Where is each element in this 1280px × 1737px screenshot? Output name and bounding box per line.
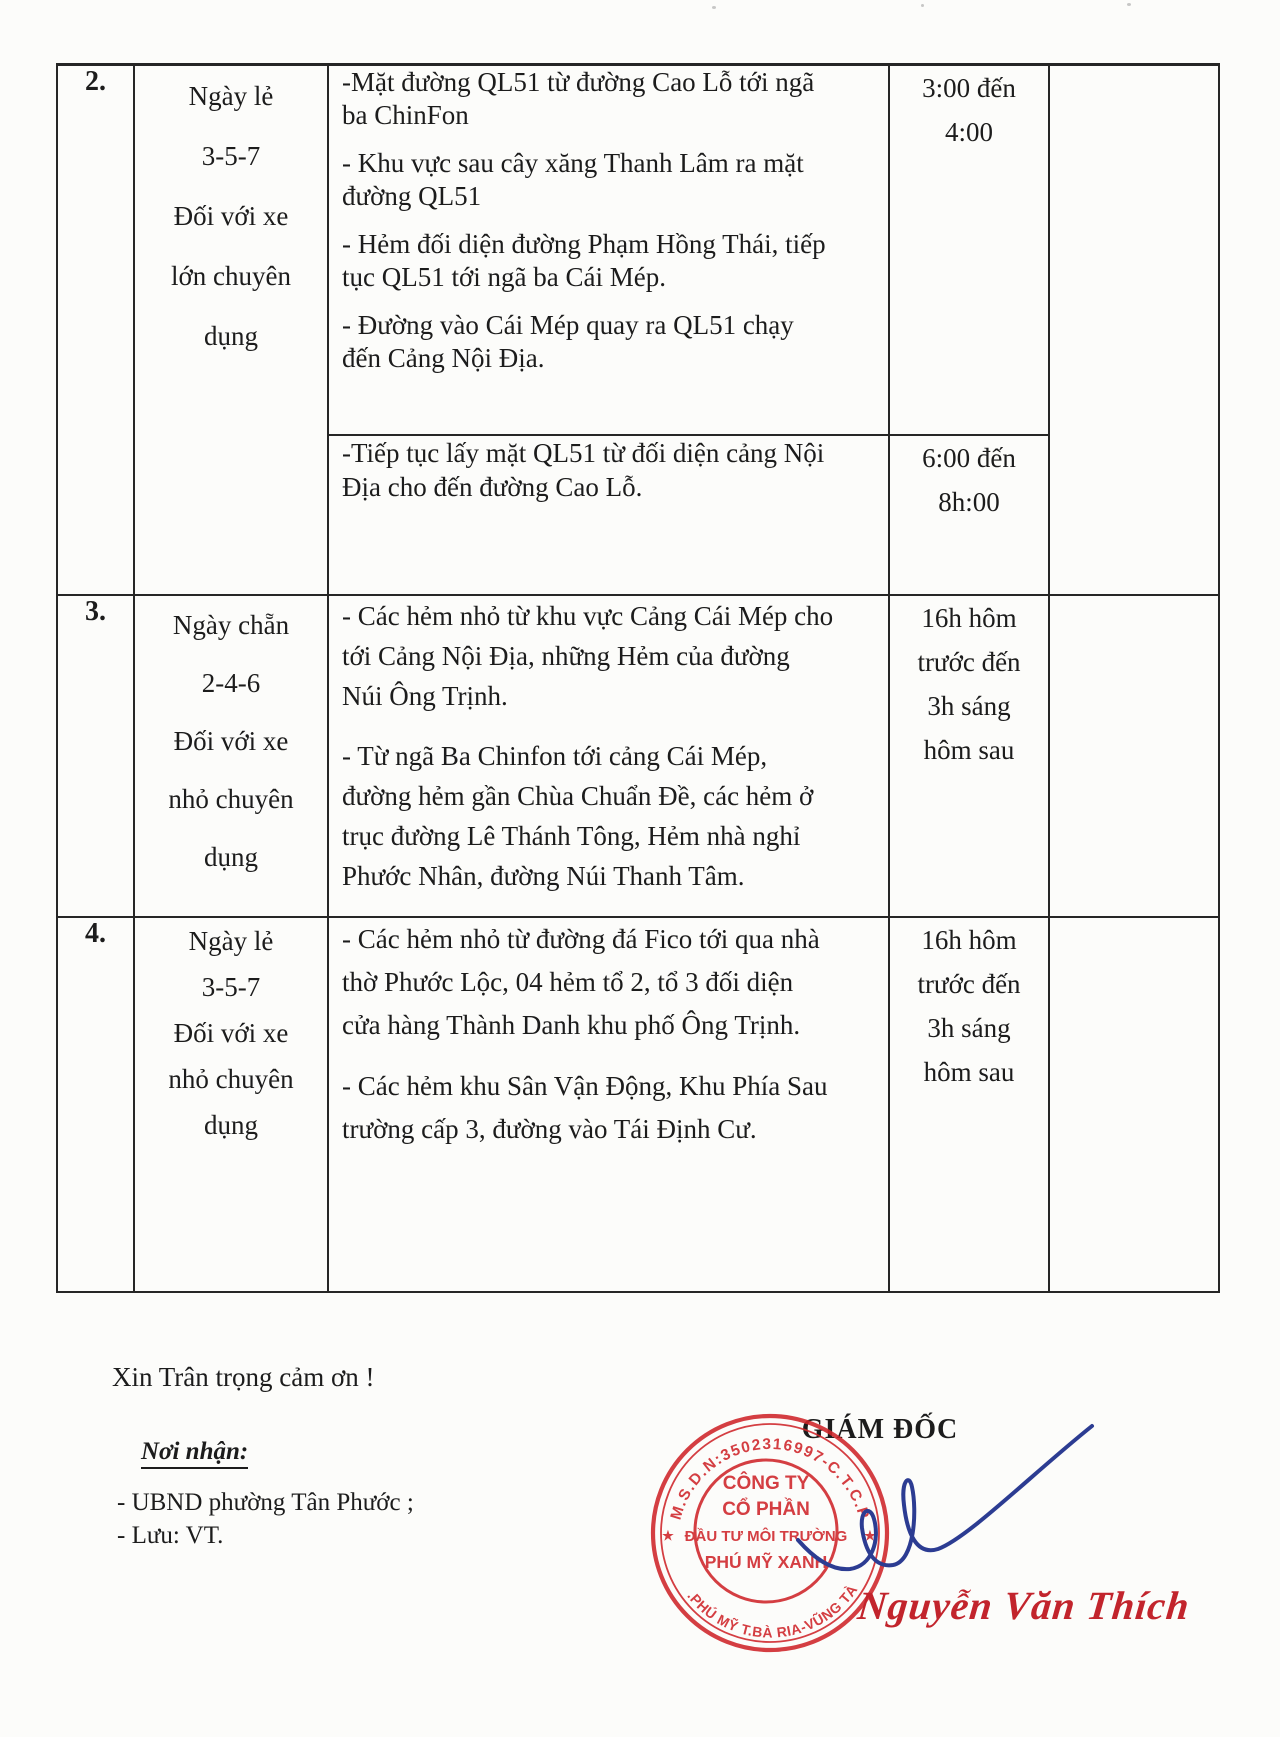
collection-schedule-table: 2. Ngày lẻ 3-5-7 Đối với xe lớn chuyên d… (56, 63, 1220, 1293)
time-line: hôm sau (890, 1050, 1048, 1094)
route-line: tới Cảng Nội Địa, những Hẻm của đường (329, 636, 888, 676)
route-line: - Các hẻm nhỏ từ đường đá Fico tới qua n… (329, 918, 888, 961)
time-line: 8h:00 (890, 480, 1048, 524)
stamp-arc-top-text: M.S.D.N:3502316997-C.T.C.P (668, 1436, 873, 1522)
time-line: 3:00 đến (890, 66, 1048, 110)
scan-speck (1127, 3, 1131, 6)
row-number: 4. (58, 918, 133, 950)
row-number-cell: 3. (57, 595, 134, 917)
schedule-line: dụng (135, 828, 327, 886)
stamp-company-line1: CÔNG TY (723, 1472, 810, 1494)
schedule-line: Ngày chẵn (135, 596, 327, 654)
stamp-company-line3: ĐẦU TƯ MÔI TRƯỜNG (685, 1527, 848, 1545)
route-line: Địa cho đến đường Cao Lỗ. (329, 470, 888, 504)
time-line: 3h sáng (890, 1006, 1048, 1050)
schedule-line: 2-4-6 (135, 654, 327, 712)
schedule-days-cell: Ngày chẵn 2-4-6 Đối với xe nhỏ chuyên dụ… (134, 595, 328, 917)
time-window-cell: 6:00 đến 8h:00 (889, 435, 1049, 595)
director-title: GIÁM ĐỐC (780, 1414, 980, 1446)
schedule-line: 3-5-7 (135, 964, 327, 1010)
schedule-line: Ngày lẻ (135, 918, 327, 964)
route-line: -Mặt đường QL51 từ đường Cao Lỗ tới ngã (329, 66, 888, 99)
route-line: - Hẻm đối diện đường Phạm Hồng Thái, tiế… (329, 228, 888, 261)
notes-cell (1049, 917, 1219, 1292)
time-line: hôm sau (890, 728, 1048, 772)
route-line: - Các hẻm khu Sân Vận Động, Khu Phía Sau (329, 1065, 888, 1108)
schedule-line: Đối với xe (135, 712, 327, 770)
stamp-star-right: ★ (864, 1528, 876, 1543)
route-line: trường cấp 3, đường vào Tái Định Cư. (329, 1108, 888, 1151)
schedule-line: lớn chuyên (135, 246, 327, 306)
time-window-cell: 3:00 đến 4:00 (889, 65, 1049, 435)
route-line: - Từ ngã Ba Chinfon tới cảng Cái Mép, (329, 736, 888, 776)
route-line: - Khu vực sau cây xăng Thanh Lâm ra mặt (329, 147, 888, 180)
route-description-cell: - Các hẻm nhỏ từ đường đá Fico tới qua n… (328, 917, 889, 1292)
route-line: thờ Phước Lộc, 04 hẻm tổ 2, tổ 3 đối diệ… (329, 961, 888, 1004)
schedule-line: nhỏ chuyên (135, 770, 327, 828)
route-description-cell: -Mặt đường QL51 từ đường Cao Lỗ tới ngã … (328, 65, 889, 435)
stamp-company-line2: CỔ PHẦN (722, 1498, 810, 1520)
scanned-page: 2. Ngày lẻ 3-5-7 Đối với xe lớn chuyên d… (0, 0, 1280, 1737)
time-line: 16h hôm (890, 918, 1048, 962)
schedule-line: 3-5-7 (135, 126, 327, 186)
time-line: trước đến (890, 962, 1048, 1006)
route-line: đường QL51 (329, 180, 888, 213)
time-window-cell: 16h hôm trước đến 3h sáng hôm sau (889, 595, 1049, 917)
time-line: 3h sáng (890, 684, 1048, 728)
row-number: 3. (58, 596, 133, 628)
signer-name: Nguyễn Văn Thích (856, 1582, 1193, 1629)
notes-cell (1049, 65, 1219, 595)
schedule-line: nhỏ chuyên (135, 1056, 327, 1102)
notes-cell (1049, 595, 1219, 917)
schedule-line: Đối với xe (135, 1010, 327, 1056)
recipient-item: - Lưu: VT. (117, 1522, 223, 1550)
schedule-days-cell: Ngày lẻ 3-5-7 Đối với xe nhỏ chuyên dụng (134, 917, 328, 1292)
director-signature (798, 1426, 1092, 1569)
stamp-rings (653, 1416, 887, 1650)
route-line: trục đường Lê Thánh Tông, Hẻm nhà nghỉ (329, 816, 888, 856)
route-line: cửa hàng Thành Danh khu phố Ông Trịnh. (329, 1004, 888, 1047)
route-line: -Tiếp tục lấy mặt QL51 từ đối diện cảng … (329, 436, 888, 470)
recipients-label: Nơi nhận: (141, 1438, 248, 1469)
time-line: 6:00 đến (890, 436, 1048, 480)
route-line: đường hẻm gần Chùa Chuẩn Đề, các hẻm ở (329, 776, 888, 816)
route-line: - Đường vào Cái Mép quay ra QL51 chạy (329, 309, 888, 342)
route-line: tục QL51 tới ngã ba Cái Mép. (329, 261, 888, 294)
stamp-company-line4: PHÚ MỸ XANH (705, 1551, 828, 1572)
route-line: - Các hẻm nhỏ từ khu vực Cảng Cái Mép ch… (329, 596, 888, 636)
time-line: trước đến (890, 640, 1048, 684)
row-number-cell: 4. (57, 917, 134, 1292)
row-number-cell: 2. (57, 65, 134, 595)
recipient-item: - UBND phường Tân Phước ; (117, 1489, 414, 1517)
schedule-line: dụng (135, 1102, 327, 1148)
route-line: đến Cảng Nội Địa. (329, 342, 888, 375)
route-line: Phước Nhân, đường Núi Thanh Tâm. (329, 856, 888, 896)
stamp-star-left: ★ (662, 1528, 674, 1543)
scan-speck (712, 6, 716, 9)
schedule-days-cell: Ngày lẻ 3-5-7 Đối với xe lớn chuyên dụng (134, 65, 328, 595)
schedule-line: Đối với xe (135, 186, 327, 246)
closing-thanks: Xin Trân trọng cảm ơn ! (112, 1362, 375, 1393)
route-line: Núi Ông Trịnh. (329, 676, 888, 716)
time-line: 16h hôm (890, 596, 1048, 640)
time-window-cell: 16h hôm trước đến 3h sáng hôm sau (889, 917, 1049, 1292)
route-description-cell: - Các hẻm nhỏ từ khu vực Cảng Cái Mép ch… (328, 595, 889, 917)
schedule-line: dụng (135, 306, 327, 366)
route-line: ba ChinFon (329, 99, 888, 132)
route-description-cell: -Tiếp tục lấy mặt QL51 từ đối diện cảng … (328, 435, 889, 595)
row-number: 2. (58, 66, 133, 98)
scan-speck (921, 4, 924, 7)
schedule-line: Ngày lẻ (135, 66, 327, 126)
time-line: 4:00 (890, 110, 1048, 154)
